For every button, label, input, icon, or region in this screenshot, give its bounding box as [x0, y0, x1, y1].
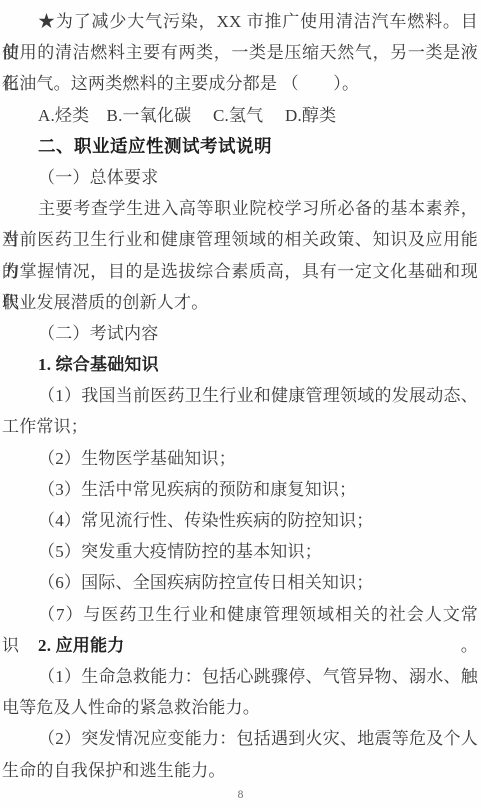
item-4: （4）常见流行性、传染性疾病的防控知识；	[2, 505, 478, 536]
overview-line-4: 职业发展潜质的创新人才。	[2, 287, 478, 318]
section-heading: 二、职业适应性测试考试说明	[2, 131, 478, 162]
ability-2-line-2: 生命的自我保护和逃生能力。	[2, 755, 478, 786]
item-3: （3）生活中常见疾病的预防和康复知识；	[2, 474, 478, 505]
ability-2-line-1: （2）突发情况应变能力：包括遇到火灾、地震等危及个人	[2, 723, 478, 754]
overview-line-2: 当前医药卫生行业和健康管理领域的相关政策、知识及应用能力	[2, 224, 478, 255]
item-1-line-1: （1）我国当前医药卫生行业和健康管理领域的发展动态、	[2, 380, 478, 411]
page-number: 8	[0, 789, 481, 801]
answer-options-line: A.烃类 B.一氧化碳 C.氢气 D.醇类	[2, 100, 478, 131]
document-body: ★为了减少大气污染，XX 市推广使用清洁汽车燃料。目前使用的清洁燃料主要有两类，…	[2, 6, 478, 786]
question-line-1: ★为了减少大气污染，XX 市推广使用清洁汽车燃料。目前	[2, 6, 478, 37]
item-6: （6）国际、全国疾病防控宣传日相关知识；	[2, 567, 478, 598]
item-7: （7）与医药卫生行业和健康管理领域相关的社会人文常识。	[2, 599, 478, 630]
item-1-line-2: 工作常识；	[2, 411, 478, 442]
subsection-heading-2: （二）考试内容	[2, 318, 478, 349]
question-line-3: 石油气。这两类燃料的主要成分都是 （ ）。	[2, 68, 478, 99]
document-page: ★为了减少大气污染，XX 市推广使用清洁汽车燃料。目前使用的清洁燃料主要有两类，…	[0, 0, 481, 808]
subsection-heading-1: （一）总体要求	[2, 162, 478, 193]
overview-line-1: 主要考查学生进入高等职业院校学习所必备的基本素养，对	[2, 193, 478, 224]
question-line-2: 使用的清洁燃料主要有两类，一类是压缩天然气，另一类是液化	[2, 37, 478, 68]
topic-heading-1: 1. 综合基础知识	[2, 349, 478, 380]
overview-line-3: 的掌握情况，目的是选拔综合素质高，具有一定文化基础和现代	[2, 256, 478, 287]
item-5: （5）突发重大疫情防控的基本知识；	[2, 536, 478, 567]
ability-1-line-1: （1）生命急救能力：包括心跳骤停、气管异物、溺水、触	[2, 661, 478, 692]
ability-1-line-2: 电等危及人性命的紧急救治能力。	[2, 692, 478, 723]
item-2: （2）生物医学基础知识；	[2, 443, 478, 474]
